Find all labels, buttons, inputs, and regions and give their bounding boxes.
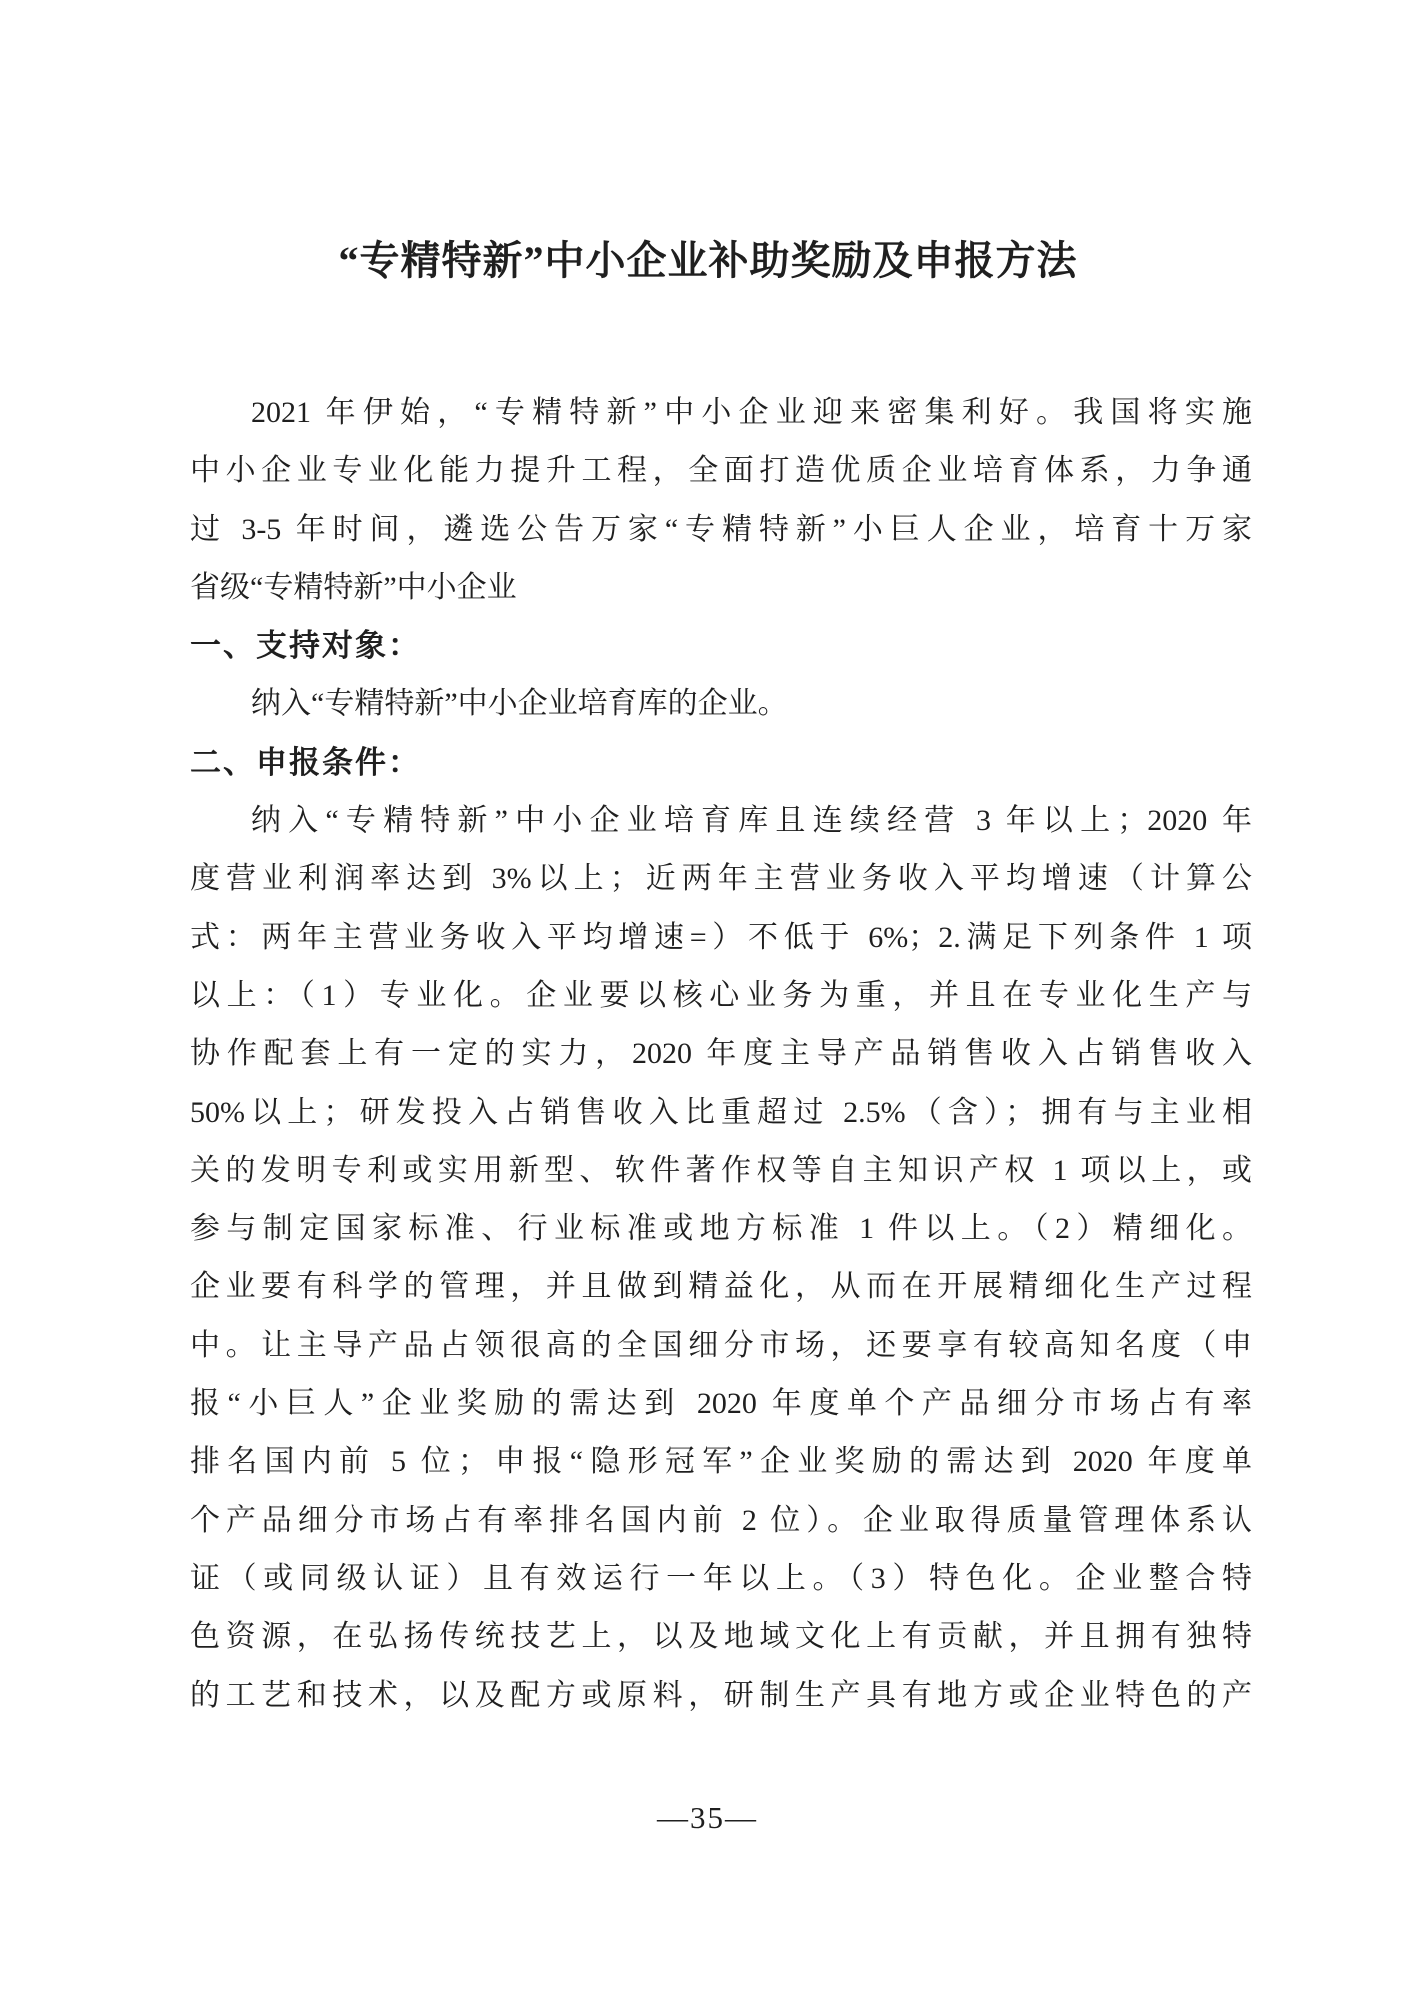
text-line: 50%以上；研发投入占销售收入比重超过 2.5%（含）；拥有与主业相 — [190, 1084, 1252, 1142]
document-title: “专精特新”中小企业补助奖励及申报方法 — [177, 232, 1239, 290]
paragraph: 2021 年伊始，“专精特新”中小企业迎来密集利好。我国将实施中小企业专业化能力… — [190, 384, 1252, 617]
text-line: 以上：（1）专业化。企业要以核心业务为重，并且在专业化生产与 — [190, 967, 1252, 1025]
paragraph: 纳入“专精特新”中小企业培育库且连续经营 3 年以上；2020 年度营业利润率达… — [190, 792, 1252, 1725]
text-line: 式：两年主营业务收入平均增速=）不低于 6%；2.满足下列条件 1 项 — [190, 909, 1252, 967]
text-line: 中小企业专业化能力提升工程，全面打造优质企业培育体系，力争通 — [190, 442, 1252, 500]
text-line: 参与制定国家标准、行业标准或地方标准 1 件以上。（2）精细化。 — [190, 1200, 1252, 1258]
text-line: 中。让主导产品占领很高的全国细分市场，还要享有较高知名度（申 — [190, 1317, 1252, 1375]
text-line: 证（或同级认证）且有效运行一年以上。（3）特色化。企业整合特 — [190, 1550, 1252, 1608]
text-line: 个产品细分市场占有率排名国内前 2 位）。企业取得质量管理体系认 — [190, 1492, 1252, 1550]
text-line: 省级“专精特新”中小企业 — [190, 559, 1252, 617]
text-line: 度营业利润率达到 3%以上；近两年主营业务收入平均增速（计算公 — [190, 850, 1252, 908]
text-line: 关的发明专利或实用新型、软件著作权等自主知识产权 1 项以上，或 — [190, 1142, 1252, 1200]
text-line: 纳入“专精特新”中小企业培育库且连续经营 3 年以上；2020 年 — [190, 792, 1252, 850]
text-line: 2021 年伊始，“专精特新”中小企业迎来密集利好。我国将实施 — [190, 384, 1252, 442]
document-body: 2021 年伊始，“专精特新”中小企业迎来密集利好。我国将实施中小企业专业化能力… — [190, 384, 1252, 1725]
text-line: 的工艺和技术，以及配方或原料，研制生产具有地方或企业特色的产 — [190, 1667, 1252, 1725]
paragraph: 纳入“专精特新”中小企业培育库的企业。 — [190, 675, 1252, 733]
text-line: 色资源，在弘扬传统技艺上，以及地域文化上有贡献，并且拥有独特 — [190, 1608, 1252, 1666]
text-line: 纳入“专精特新”中小企业培育库的企业。 — [190, 675, 1252, 733]
text-line: 二、申报条件： — [190, 734, 1252, 792]
text-line: 过 3-5 年时间，遴选公告万家“专精特新”小巨人企业，培育十万家 — [190, 501, 1252, 559]
text-line: 协作配套上有一定的实力，2020 年度主导产品销售收入占销售收入 — [190, 1025, 1252, 1083]
document-page: “专精特新”中小企业补助奖励及申报方法 2021 年伊始，“专精特新”中小企业迎… — [0, 0, 1415, 2000]
text-line: 一、支持对象： — [190, 617, 1252, 675]
section-heading: 一、支持对象： — [190, 617, 1252, 675]
section-heading: 二、申报条件： — [190, 734, 1252, 792]
text-line: 排名国内前 5 位；申报“隐形冠军”企业奖励的需达到 2020 年度单 — [190, 1433, 1252, 1491]
text-line: 报“小巨人”企业奖励的需达到 2020 年度单个产品细分市场占有率 — [190, 1375, 1252, 1433]
text-line: 企业要有科学的管理，并且做到精益化，从而在开展精细化生产过程 — [190, 1258, 1252, 1316]
page-number: —35— — [0, 1798, 1415, 1838]
